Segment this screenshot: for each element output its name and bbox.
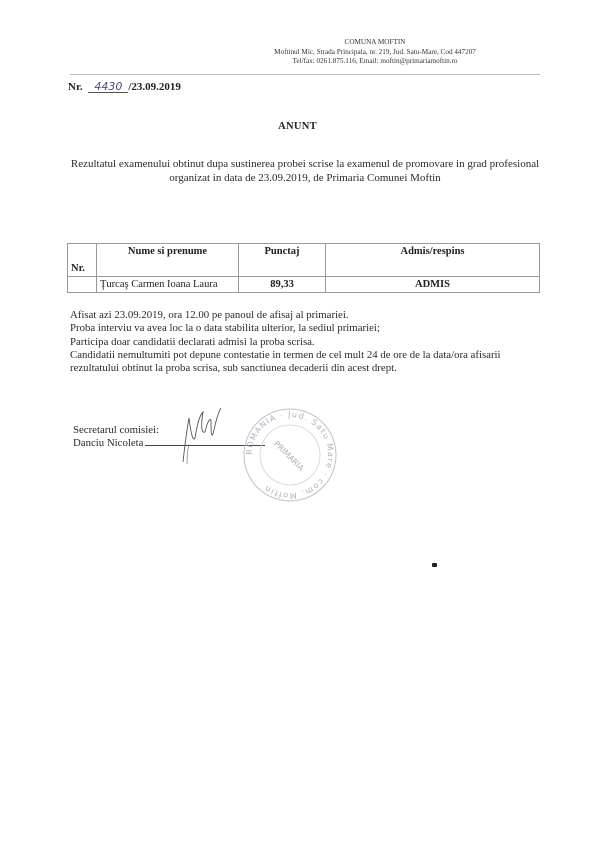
signatory-role: Secretarul comisiei: <box>73 424 265 437</box>
institution-address: Moftinul Mic, Strada Principala, nr. 219… <box>200 48 550 58</box>
institution-contact: Tel/fax: 0261.875.116, Email: moftin@pri… <box>200 57 550 67</box>
signatory-name: Danciu Nicoleta <box>73 437 143 449</box>
cell-result: ADMIS <box>326 277 540 293</box>
table-row: Ţurcaş Carmen Ioana Laura 89,33 ADMIS <box>68 277 540 293</box>
notes: Afisat azi 23.09.2019, ora 12.00 pe pano… <box>70 309 550 375</box>
header-name: Nume si prenume <box>97 244 239 277</box>
institution-name: COMUNA MOFTIN <box>200 38 550 48</box>
scan-artifact <box>432 563 437 567</box>
handwritten-number: 4430 <box>88 81 128 93</box>
header-divider <box>70 74 540 75</box>
registration-prefix: Nr. <box>68 81 83 93</box>
registration-date: /23.09.2019 <box>128 81 181 93</box>
signature-block: Secretarul comisiei: Danciu Nicoleta <box>73 424 265 451</box>
table-header-row: Nr. Nume si prenume Punctaj Admis/respin… <box>68 244 540 277</box>
cell-score: 89,33 <box>239 277 326 293</box>
intro-paragraph: Rezultatul examenului obtinut dupa susti… <box>70 158 540 185</box>
cell-name: Ţurcaş Carmen Ioana Laura <box>97 277 239 293</box>
header-score: Punctaj <box>239 244 326 277</box>
stamp-inner-text: PRIMARIA <box>272 439 306 473</box>
signature-icon <box>175 404 225 466</box>
note-contest: Candidatii nemultumiti pot depune contes… <box>70 349 550 376</box>
note-posted: Afisat azi 23.09.2019, ora 12.00 pe pano… <box>70 309 550 322</box>
document-title: ANUNT <box>0 121 595 132</box>
letterhead: COMUNA MOFTIN Moftinul Mic, Strada Princ… <box>200 38 550 67</box>
results-table: Nr. Nume si prenume Punctaj Admis/respin… <box>67 243 540 293</box>
note-interview: Proba interviu va avea loc la o data sta… <box>70 322 550 335</box>
stamp-icon: ROMANIA · Jud. Satu Mare · com. Moftin P… <box>240 405 340 505</box>
header-nr: Nr. <box>68 244 97 277</box>
registration-number: Nr. 4430/23.09.2019 <box>68 81 181 93</box>
note-participants: Participa doar candidatii declarati admi… <box>70 336 550 349</box>
header-result: Admis/respins <box>326 244 540 277</box>
cell-nr <box>68 277 97 293</box>
